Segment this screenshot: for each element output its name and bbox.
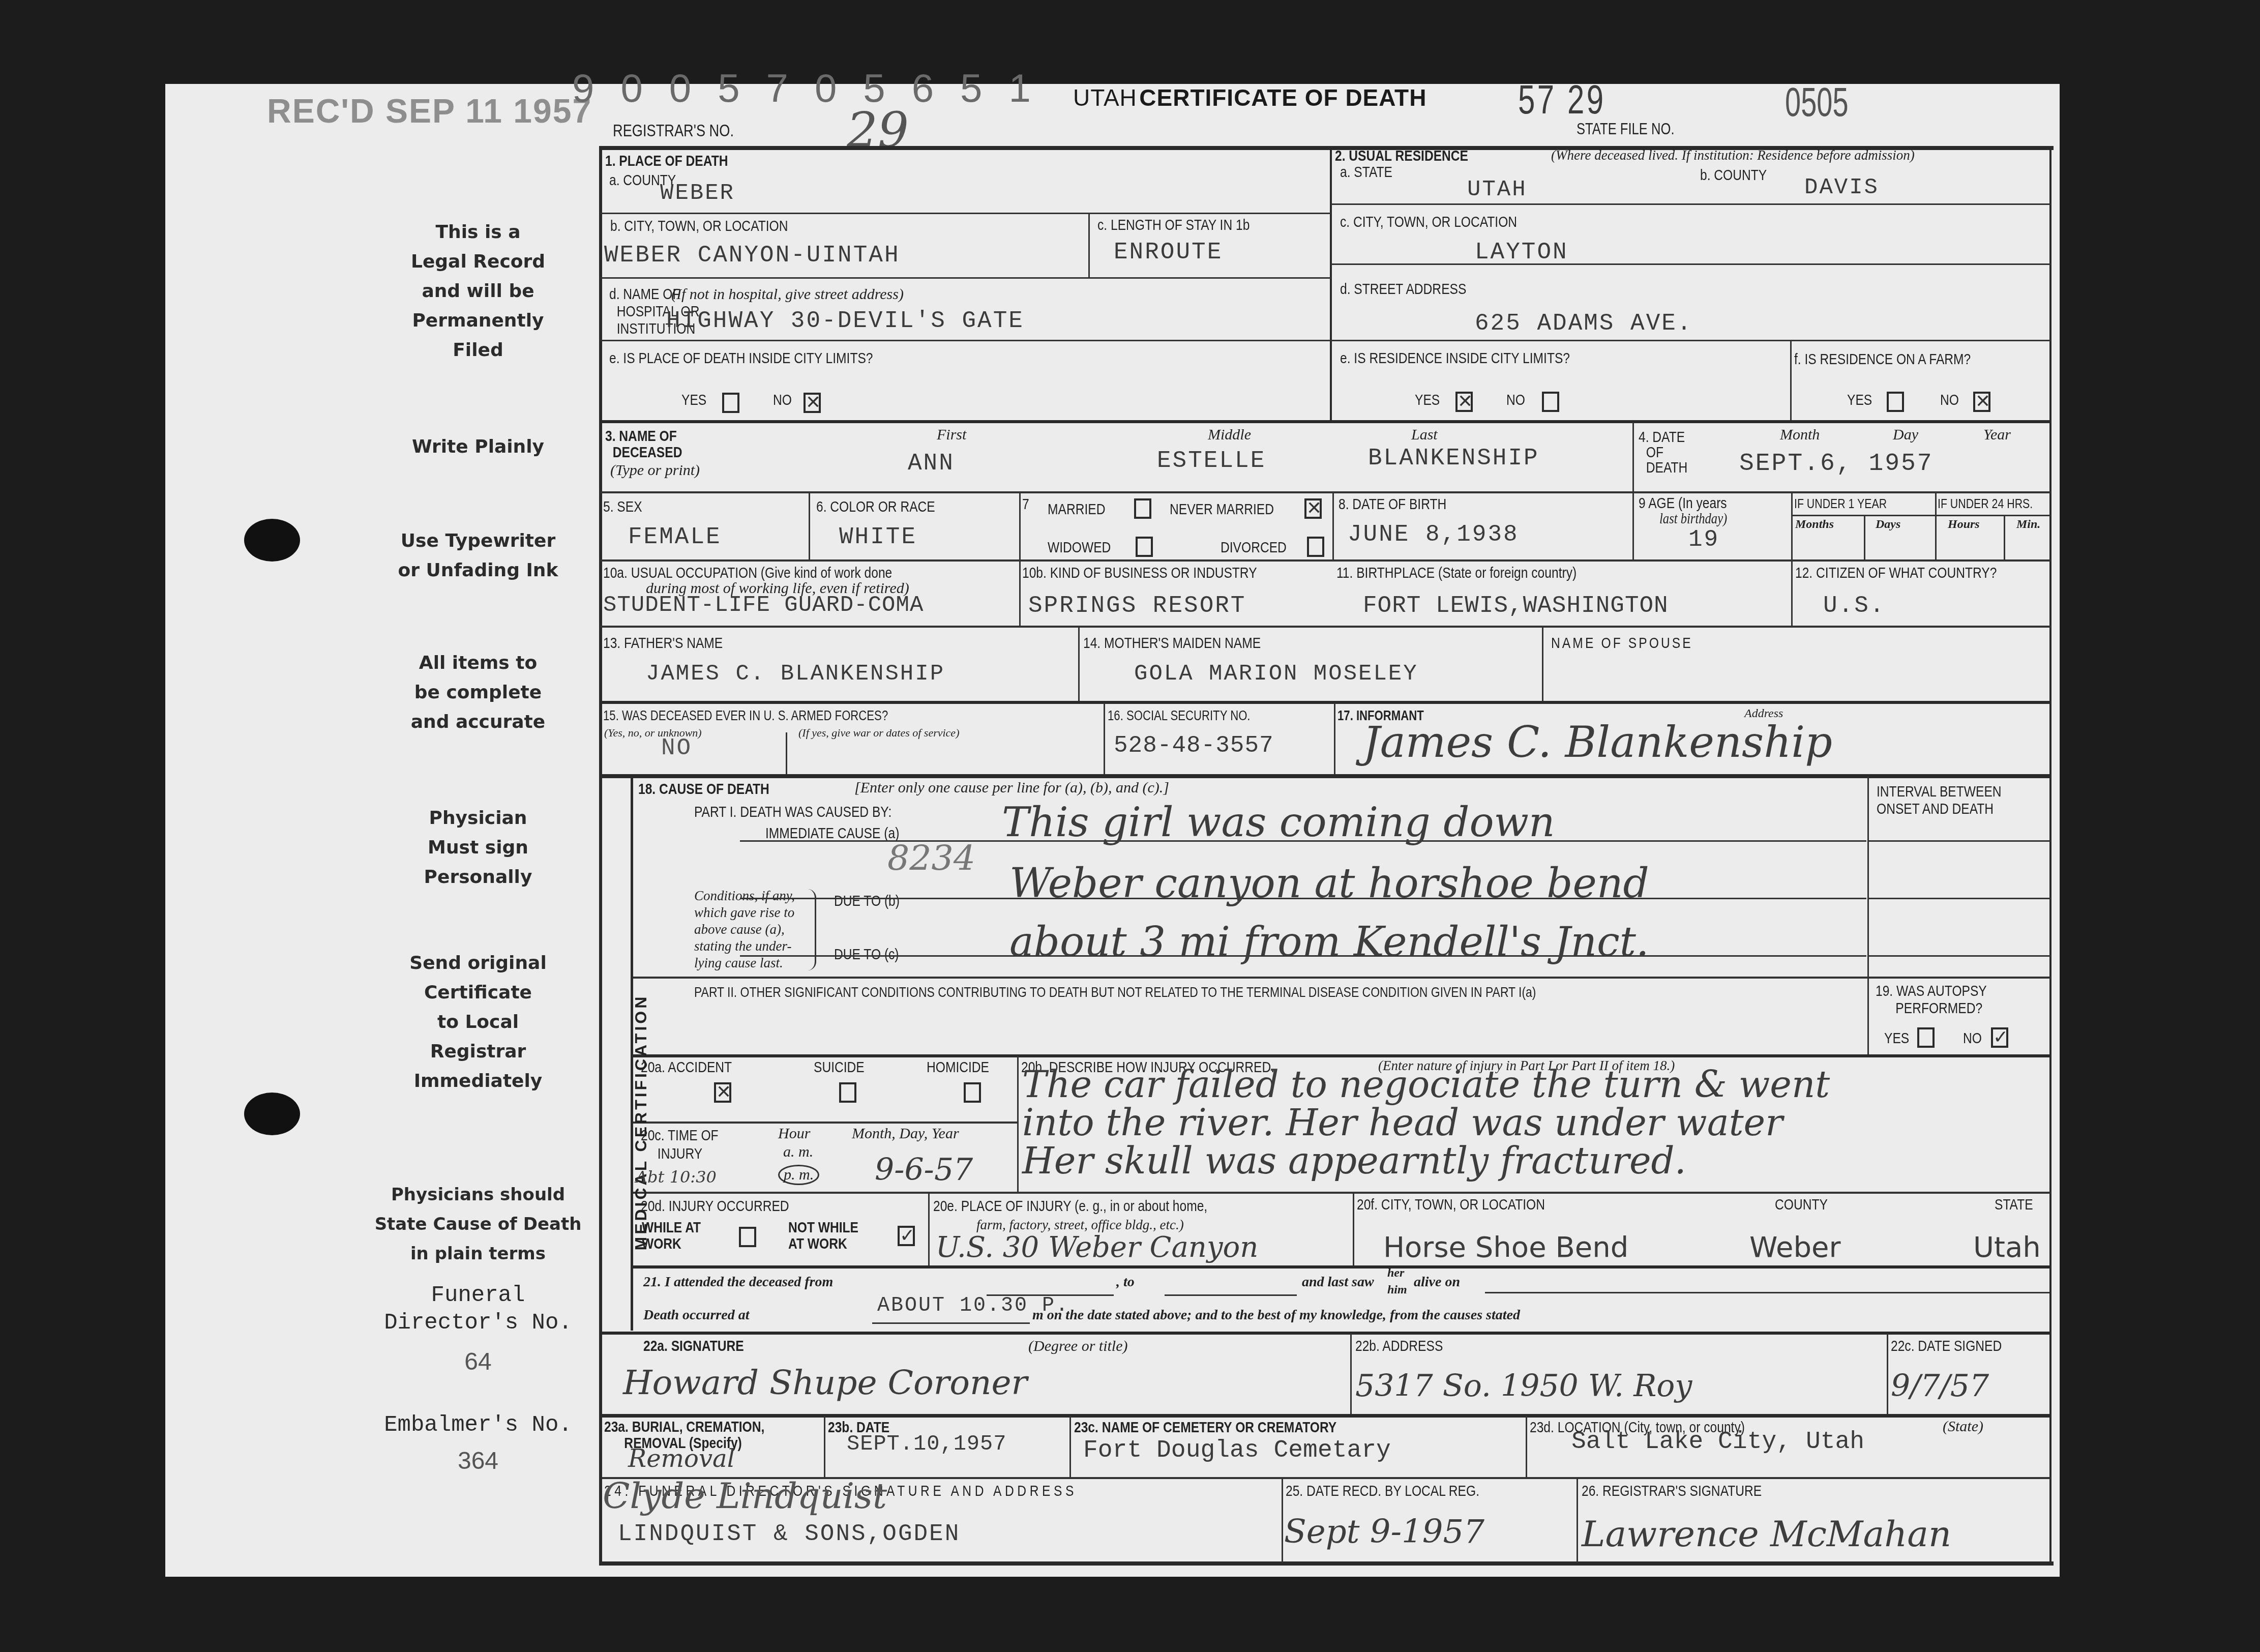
residence-state-value: UTAH (1467, 177, 1527, 202)
marital-number: 7 (1022, 496, 1029, 513)
middle-name-label: Middle (1208, 426, 1251, 444)
sex-label: 5. SEX (603, 498, 642, 516)
registrar-signature-label: 26. REGISTRAR'S SIGNATURE (1582, 1483, 1762, 1500)
mother-label: 14. MOTHER'S MAIDEN NAME (1083, 635, 1261, 652)
death-occurred-suffix: m on the date stated above; and to the b… (1032, 1307, 1520, 1323)
immediate-cause-value: This girl was coming down (1002, 799, 1555, 846)
cause-of-death-hint: [Enter only one cause per line for (a), … (854, 779, 1169, 796)
received-stamp: REC'D SEP 11 1957 (267, 92, 592, 130)
cemetery-value: Fort Douglas Cemetary (1083, 1437, 1391, 1464)
residence-state-label: a. STATE (1340, 164, 1392, 181)
injury-state-label: STATE (1995, 1196, 2033, 1214)
dod-year-label: Year (1983, 426, 2011, 444)
ssn-label: 16. SOCIAL SECURITY NO. (1108, 708, 1251, 724)
divorced-label: DIVORCED (1221, 539, 1287, 556)
physician-address-label: 22b. ADDRESS (1355, 1338, 1443, 1355)
homicide-label: HOMICIDE (927, 1059, 989, 1076)
residence-city-limits-no-label: NO (1506, 392, 1525, 409)
margin-note-send-original: Send original Certificate to Local Regis… (356, 949, 600, 1096)
father-label: 13. FATHER'S NAME (603, 635, 723, 652)
married-label: MARRIED (1048, 501, 1105, 518)
margin-note-typewriter: Use Typewriter or Unfading Ink (356, 526, 600, 585)
usual-residence-label: 2. USUAL RESIDENCE (1335, 147, 1468, 165)
describe-injury-line-1: The car failed to negociate the turn & w… (1022, 1063, 1830, 1106)
degree-label: (Degree or title) (1028, 1338, 1127, 1355)
code-note: 8234 (887, 838, 975, 878)
suicide-label: SUICIDE (814, 1059, 865, 1076)
birthplace-value: FORT LEWIS,WASHINGTON (1363, 593, 1669, 619)
usual-residence-hint: (Where deceased lived. If institution: R… (1551, 147, 1915, 163)
registrars-no-label: REGISTRAR'S NO. (613, 121, 734, 141)
birthplace-label: 11. BIRTHPLACE (State or foreign country… (1336, 565, 1577, 582)
armed-forces-hint-war: (If yes, give war or dates of service) (798, 726, 959, 740)
pm-label: p. m. (778, 1165, 819, 1185)
due-to-c-value: about 3 mi from Kendell's Jnct. (1009, 918, 1649, 965)
residence-city-limits-no-checkbox[interactable] (1542, 392, 1559, 412)
describe-injury-line-3: Her skull was appearntly fractured. (1022, 1139, 1686, 1182)
widowed-label: WIDOWED (1048, 539, 1111, 556)
residence-city-limits-label: e. IS RESIDENCE INSIDE CITY LIMITS? (1340, 350, 1570, 367)
embalmer-no-label: Embalmer's No. (356, 1411, 600, 1439)
armed-forces-value: NO (661, 735, 692, 761)
part1-label: PART I. DEATH WAS CAUSED BY: (694, 804, 891, 821)
cause-of-death-label: 18. CAUSE OF DEATH (638, 781, 769, 798)
alive-on-label: alive on (1414, 1274, 1460, 1290)
disposition-date-value: SEPT.10,1957 (847, 1432, 1006, 1456)
funeral-director-no-label: Funeral Director's No. (356, 1282, 600, 1337)
injury-city-label: 20f. CITY, TOWN, OR LOCATION (1357, 1196, 1545, 1214)
while-at-work-label: WHILE AT WORK (642, 1220, 701, 1252)
armed-forces-label: 15. WAS DECEASED EVER IN U. S. ARMED FOR… (603, 708, 888, 724)
middle-name-value: ESTELLE (1157, 448, 1266, 474)
funeral-director-no: 64 (356, 1348, 600, 1376)
father-value: JAMES C. BLANKENSHIP (646, 661, 945, 687)
death-county-value: WEBER (660, 181, 735, 206)
injury-time-value: Abt 10:30 (636, 1167, 717, 1187)
residence-farm-yes-checkbox[interactable] (1887, 392, 1904, 412)
autopsy-yes-checkbox[interactable] (1917, 1027, 1935, 1048)
death-city-value: WEBER CANYON-UINTAH (604, 242, 900, 269)
punch-hole-top (244, 519, 300, 562)
injury-county-value: Weber (1749, 1231, 1841, 1264)
mother-value: GOLA MARION MOSELEY (1134, 661, 1418, 687)
not-while-at-work-checkbox[interactable]: ✓ (898, 1226, 915, 1246)
registrars-no-value: 29 (847, 102, 909, 159)
residence-farm-label: f. IS RESIDENCE ON A FARM? (1794, 351, 1971, 368)
residence-street-value: 625 ADAMS AVE. (1475, 310, 1692, 337)
death-city-limits-no-checkbox[interactable]: ✕ (804, 393, 821, 413)
age-value: 19 (1688, 526, 1719, 553)
residence-farm-yes-label: YES (1847, 392, 1872, 409)
physician-signature: Howard Shupe Coroner (623, 1363, 1027, 1402)
last-name-value: BLANKENSHIP (1368, 445, 1539, 471)
attended-from-label: 21. I attended the deceased from (643, 1274, 833, 1290)
burial-value: Removal (628, 1444, 735, 1473)
injury-county-label: COUNTY (1775, 1196, 1828, 1214)
attended-to-line (1165, 1294, 1297, 1296)
last-name-label: Last (1411, 426, 1438, 444)
death-city-limits-yes-label: YES (681, 392, 706, 409)
homicide-checkbox[interactable] (964, 1082, 981, 1103)
ssn-value: 528-48-3557 (1114, 732, 1274, 759)
deceased-name-label: 3. NAME OF DECEASED (605, 428, 682, 461)
disposition-state-label: (State) (1943, 1418, 1983, 1435)
min-label: Min. (2016, 518, 2040, 532)
residence-city-label: c. CITY, TOWN, OR LOCATION (1340, 214, 1517, 231)
stay-value: ENROUTE (1114, 239, 1223, 265)
hospital-hint: (If not in hospital, give street address… (671, 286, 904, 303)
alive-on-line (1485, 1292, 2049, 1293)
sex-value: FEMALE (628, 524, 722, 550)
certificate-title: UTAH CERTIFICATE OF DEATH (1073, 84, 1426, 111)
date-of-death-value: SEPT.6, 1957 (1739, 450, 1934, 478)
dob-value: JUNE 8,1938 (1348, 521, 1519, 548)
under-24-hrs-label: IF UNDER 24 HRS. (1938, 496, 2033, 512)
residence-street-label: d. STREET ADDRESS (1340, 281, 1466, 298)
interval-label: INTERVAL BETWEEN ONSET AND DEATH (1877, 783, 2043, 818)
dod-day-label: Day (1893, 426, 1918, 444)
title-text: CERTIFICATE OF DEATH (1139, 84, 1426, 111)
suicide-checkbox[interactable] (839, 1082, 856, 1103)
citizen-value: U.S. (1823, 593, 1885, 619)
part2-label: PART II. OTHER SIGNIFICANT CONDITIONS CO… (694, 984, 1536, 1000)
spouse-label: NAME OF SPOUSE (1551, 635, 1693, 652)
hospital-value: HIGHWAY 30-DEVIL'S GATE (666, 308, 1024, 334)
conditions-label: Conditions, if any, which gave rise to a… (694, 888, 795, 971)
residence-farm-no-checkbox[interactable]: ✕ (1973, 392, 1990, 412)
disposition-location-value: Salt Lake City, Utah (1571, 1428, 1864, 1456)
month-day-year-label: Month, Day, Year (852, 1125, 959, 1142)
death-city-limits-no-label: NO (773, 392, 792, 409)
never-married-checkbox[interactable]: ✕ (1304, 498, 1322, 519)
residence-county-label: b. COUNTY (1700, 167, 1767, 184)
dob-label: 8. DATE OF BIRTH (1339, 496, 1446, 513)
him-label: him (1387, 1283, 1407, 1297)
autopsy-yes-label: YES (1884, 1030, 1909, 1047)
citizen-label: 12. CITIZEN OF WHAT COUNTRY? (1795, 565, 1997, 582)
describe-injury-line-2: into the river. Her head was under water (1022, 1101, 1783, 1144)
business-value: SPRINGS RESORT (1028, 593, 1246, 619)
funeral-director-signature: Clyde Lindquist (603, 1475, 887, 1517)
stay-label: c. LENGTH OF STAY IN 1b (1097, 217, 1250, 234)
married-checkbox[interactable] (1134, 498, 1151, 519)
due-to-b-value: Weber canyon at horshoe bend (1009, 860, 1649, 907)
attended-to-label: , to (1116, 1274, 1135, 1290)
date-signed-label: 22c. DATE SIGNED (1891, 1338, 2002, 1355)
deceased-type-hint: (Type or print) (610, 462, 700, 479)
autopsy-no-label: NO (1963, 1030, 1982, 1047)
days-label: Days (1876, 518, 1900, 532)
death-city-label: b. CITY, TOWN, OR LOCATION (610, 218, 788, 235)
not-while-at-work-label: NOT WHILE AT WORK (788, 1220, 858, 1252)
accident-label: 20a. ACCIDENT (641, 1059, 732, 1076)
under-1-year-label: IF UNDER 1 YEAR (1794, 496, 1887, 512)
due-to-c-label: DUE TO (c) (834, 946, 899, 963)
death-city-limits-label: e. IS PLACE OF DEATH INSIDE CITY LIMITS? (609, 350, 873, 367)
autopsy-label: 19. WAS AUTOPSY PERFORMED? (1876, 983, 1987, 1017)
dod-month-label: Month (1780, 426, 1820, 444)
residence-city-value: LAYTON (1475, 239, 1568, 265)
while-at-work-checkbox[interactable] (739, 1227, 756, 1247)
place-of-injury-label: 20e. PLACE OF INJURY (e. g., in or about… (933, 1198, 1207, 1215)
margin-note-cause-plain-terms: Physicians should State Cause of Death i… (356, 1180, 600, 1268)
physician-address-value: 5317 So. 1950 W. Roy (1355, 1368, 1692, 1404)
race-label: 6. COLOR OR RACE (816, 498, 935, 516)
informant-signature: James C. Blankenship (1363, 717, 1832, 767)
immediate-cause-label: IMMEDIATE CAUSE (a) (765, 825, 899, 842)
title-state: UTAH (1073, 84, 1137, 111)
state-file-no-value: 57 29 (1518, 76, 1606, 123)
punch-hole-bottom (244, 1093, 300, 1135)
injury-occurred-label: 20d. INJURY OCCURRED (641, 1198, 789, 1215)
time-of-injury-label: 20c. TIME OF INJURY (641, 1127, 719, 1163)
date-recd-value: Sept 9-1957 (1284, 1513, 1484, 1551)
residence-county-value: DAVIS (1804, 175, 1879, 200)
hour-label: Hour (778, 1125, 810, 1142)
business-label: 10b. KIND OF BUSINESS OR INDUSTRY (1022, 565, 1257, 582)
state-file-no-suffix: 0505 (1785, 79, 1849, 126)
occupation-label: 10a. USUAL OCCUPATION (Give kind of work… (603, 565, 892, 582)
registrar-signature: Lawrence McMahan (1582, 1513, 1951, 1555)
autopsy-no-checkbox[interactable]: ✓ (1991, 1027, 2008, 1048)
widowed-checkbox[interactable] (1136, 537, 1153, 557)
margin-note-physician-sign: Physician Must sign Personally (356, 804, 600, 892)
death-occurred-label: Death occurred at (643, 1307, 749, 1323)
am-label: a. m. (783, 1143, 813, 1161)
hours-label: Hours (1948, 518, 1980, 532)
margin-note-legal-record: This is a Legal Record and will be Perma… (356, 218, 600, 365)
residence-city-limits-yes-label: YES (1415, 392, 1440, 409)
her-label: her (1387, 1266, 1404, 1280)
margin-note-write-plainly: Write Plainly (356, 432, 600, 462)
accident-checkbox[interactable]: ✕ (714, 1082, 731, 1103)
signature-label: 22a. SIGNATURE (643, 1338, 744, 1355)
injury-date-value: 9-6-57 (875, 1152, 973, 1188)
never-married-label: NEVER MARRIED (1170, 501, 1274, 518)
divorced-checkbox[interactable] (1307, 537, 1324, 557)
place-of-injury-value: U.S. 30 Weber Canyon (936, 1231, 1258, 1264)
last-saw-label: and last saw (1302, 1274, 1374, 1290)
residence-city-limits-yes-checkbox[interactable]: ✕ (1455, 392, 1473, 412)
occupation-value: STUDENT-LIFE GUARD-COMA (603, 593, 924, 618)
date-of-death-label: 4. DATE OF DEATH (1639, 430, 1687, 476)
serial-number: 9005705651 (572, 65, 1057, 111)
first-name-label: First (937, 426, 966, 444)
date-signed-value: 9/7/57 (1891, 1368, 1989, 1404)
cemetery-label: 23c. NAME OF CEMETERY OR CREMATORY (1074, 1419, 1336, 1436)
injury-state-value: Utah (1973, 1231, 2041, 1264)
death-time-line (872, 1322, 1030, 1324)
conditions-brace (808, 889, 816, 970)
funeral-director-value: LINDQUIST & SONS,OGDEN (618, 1521, 960, 1547)
residence-farm-no-label: NO (1940, 392, 1959, 409)
death-city-limits-yes-checkbox[interactable] (722, 393, 739, 413)
margin-note-complete: All items to be complete and accurate (356, 648, 600, 737)
race-value: WHITE (839, 524, 917, 550)
due-to-b-label: DUE TO (b) (834, 893, 900, 910)
age-label: 9 AGE (In years last birthday) (1639, 496, 1727, 526)
date-recd-label: 25. DATE RECD. BY LOCAL REG. (1286, 1483, 1479, 1500)
embalmer-no: 364 (356, 1447, 600, 1475)
injury-city-value: Horse Shoe Bend (1383, 1231, 1628, 1264)
place-of-death-label: 1. PLACE OF DEATH (605, 153, 728, 170)
state-file-no-label: STATE FILE NO. (1577, 120, 1675, 138)
months-label: Months (1795, 518, 1834, 532)
first-name-value: ANN (908, 450, 955, 477)
